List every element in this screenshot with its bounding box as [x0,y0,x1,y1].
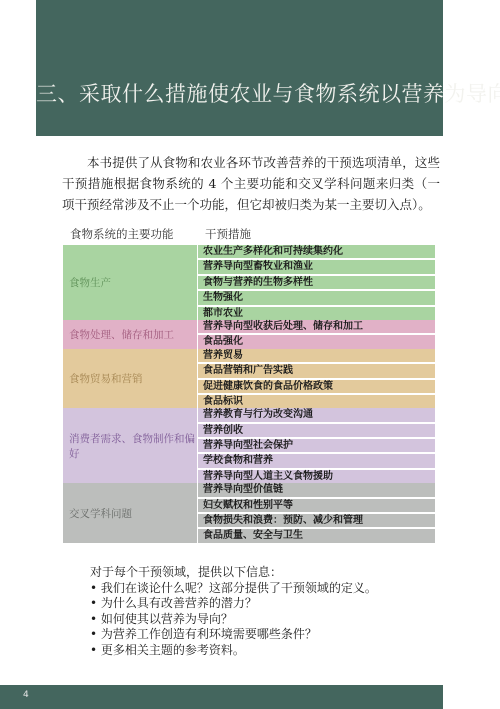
intervention-item: 食物与营养的生物多样性 [198,276,435,291]
intervention-item: 营养导向型畜牧业和渔业 [198,260,435,275]
intervention-item: 营养导向型价值链 [198,483,435,498]
intervention-item: 促进健康饮食的食品价格政策 [198,380,435,395]
group-consumer-demand: 消费者需求、食物制作和偏好 营养教育与行为改变沟通 营养创收 营养导向型社会保护… [63,408,435,483]
column-header-function: 食物系统的主要功能 [70,226,174,242]
group-label: 食物生产 [63,245,197,320]
intervention-item: 营养导向型人道主义食物援助 [198,470,435,483]
intervention-item: 食品标识 [198,395,435,408]
group-cross-cutting: 交叉学科问题 营养导向型价值链 妇女赋权和性别平等 食物损失和浪费：预防、减少和… [63,483,435,543]
intro-paragraph: 本书提供了从食物和农业各环节改善营养的干预选项清单，这些干预措施根据食物系统的 … [62,152,440,215]
group-items: 营养贸易 食品营销和广告实践 促进健康饮食的食品价格政策 食品标识 [197,349,435,409]
table-header: 食物系统的主要功能 干预措施 [70,226,435,242]
intervention-item: 食品营销和广告实践 [198,364,435,379]
info-bullet: 如何使其以营养为导向？ [90,612,440,628]
header-banner: 三、采取什么措施使农业与食物系统以营养为导向 [36,0,443,136]
page-title: 三、采取什么措施使农业与食物系统以营养为导向 [36,78,443,108]
intervention-item: 营养导向型社会保护 [198,439,435,454]
group-items: 营养导向型价值链 妇女赋权和性别平等 食物损失和浪费：预防、减少和管理 食品质量… [197,483,435,543]
intervention-item: 食品强化 [198,335,435,348]
intervention-item: 食物损失和浪费：预防、减少和管理 [198,514,435,529]
info-lead: 对于每个干预领域，提供以下信息： [90,565,440,581]
group-label: 交叉学科问题 [63,483,197,543]
group-label: 食物贸易和营销 [63,349,197,409]
info-bullet: 更多相关主题的参考资料。 [90,643,440,659]
footer-bar: 4 [0,685,443,709]
intervention-item: 生物强化 [198,291,435,306]
intro-section: 本书提供了从食物和农业各环节改善营养的干预选项清单，这些干预措施根据食物系统的 … [62,152,440,215]
info-bullet: 为营养工作创造有利环境需要哪些条件？ [90,627,440,643]
group-label: 消费者需求、食物制作和偏好 [63,408,197,483]
intervention-item: 营养教育与行为改变沟通 [198,408,435,423]
intervention-item: 农业生产多样化和可持续集约化 [198,245,435,260]
column-header-interventions: 干预措施 [205,226,251,242]
page-number: 4 [23,690,29,700]
intervention-item: 营养贸易 [198,349,435,364]
group-food-handling: 食物处理、储存和加工 营养导向型收获后处理、储存和加工 食品强化 [63,320,435,349]
group-items: 营养导向型收获后处理、储存和加工 食品强化 [197,320,435,349]
intervention-item: 妇女赋权和性别平等 [198,499,435,514]
intervention-table: 食物生产 农业生产多样化和可持续集约化 营养导向型畜牧业和渔业 食物与营养的生物… [63,245,435,543]
intervention-item: 都市农业 [198,307,435,320]
group-items: 营养教育与行为改变沟通 营养创收 营养导向型社会保护 学校食物和营养 营养导向型… [197,408,435,483]
group-label: 食物处理、储存和加工 [63,320,197,349]
info-bullet: 我们在谈论什么呢？这部分提供了干预领域的定义。 [90,581,440,597]
intervention-item: 营养创收 [198,424,435,439]
group-food-production: 食物生产 农业生产多样化和可持续集约化 营养导向型畜牧业和渔业 食物与营养的生物… [63,245,435,320]
intervention-item: 食品质量、安全与卫生 [198,529,435,542]
group-food-trade: 食物贸易和营销 营养贸易 食品营销和广告实践 促进健康饮食的食品价格政策 食品标… [63,349,435,409]
info-section: 对于每个干预领域，提供以下信息： 我们在谈论什么呢？这部分提供了干预领域的定义。… [90,565,440,658]
group-items: 农业生产多样化和可持续集约化 营养导向型畜牧业和渔业 食物与营养的生物多样性 生… [197,245,435,320]
intervention-item: 营养导向型收获后处理、储存和加工 [198,320,435,335]
info-bullet: 为什么具有改善营养的潜力？ [90,596,440,612]
info-bullet-list: 我们在谈论什么呢？这部分提供了干预领域的定义。 为什么具有改善营养的潜力？ 如何… [90,581,440,659]
intervention-item: 学校食物和营养 [198,454,435,469]
